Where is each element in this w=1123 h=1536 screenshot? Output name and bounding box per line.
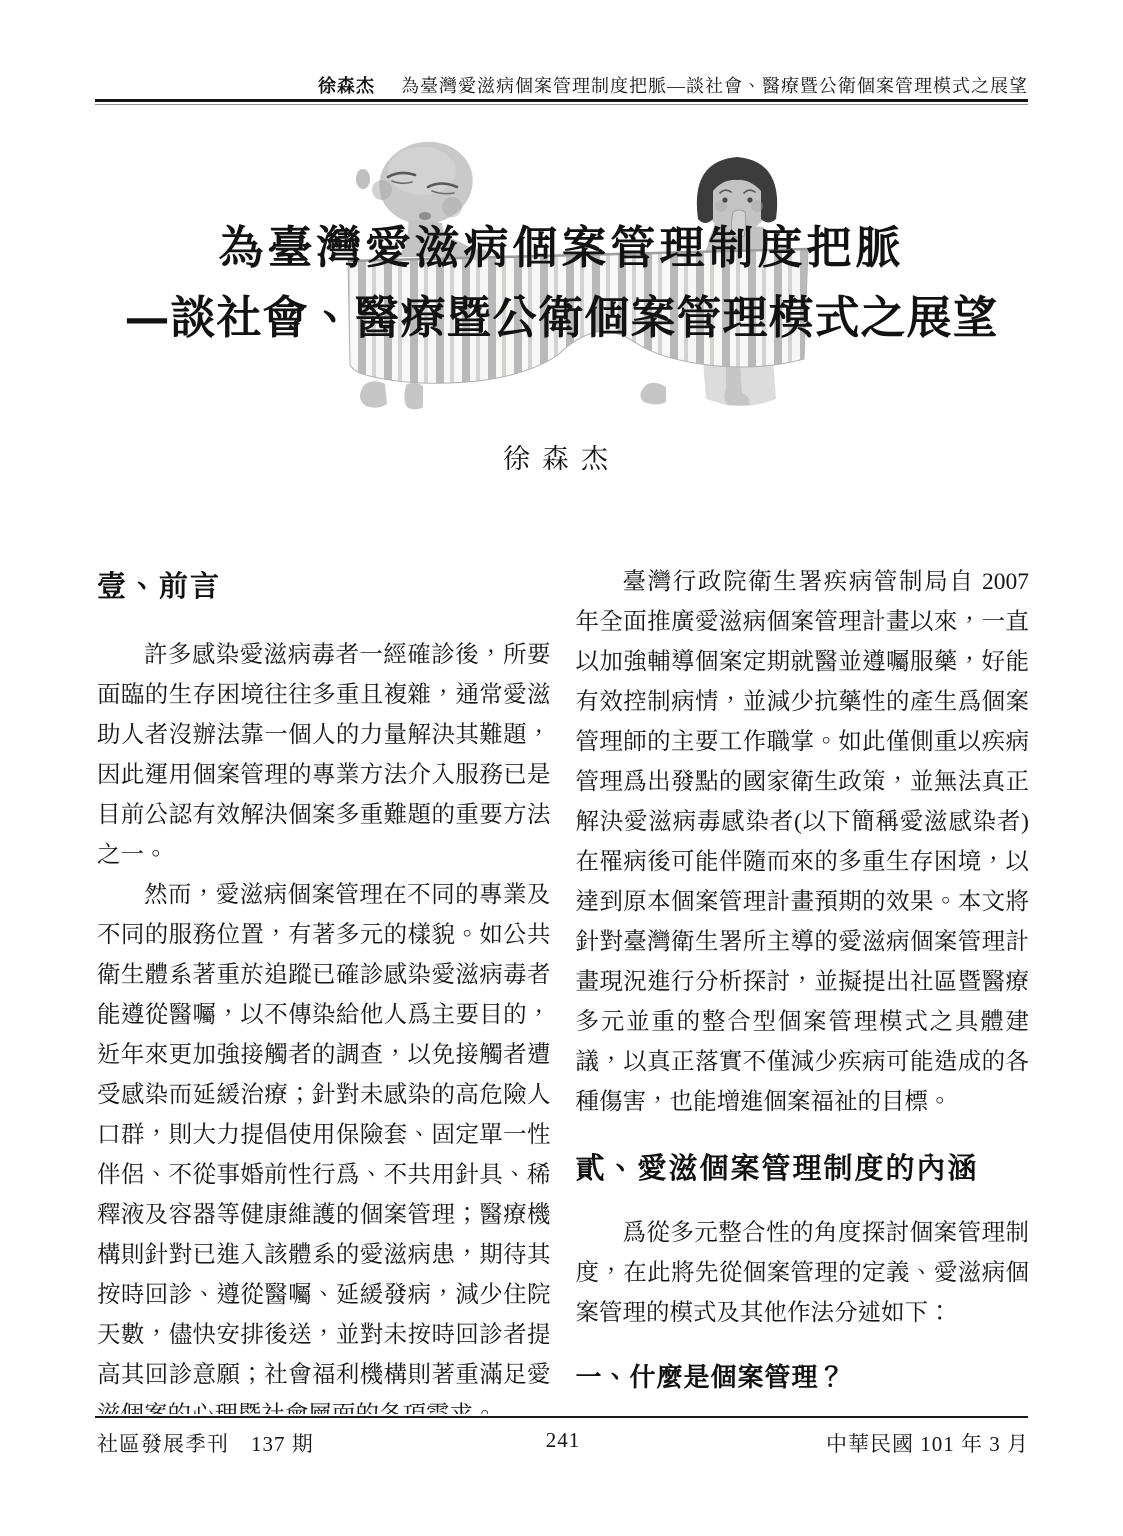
footer-journal: 社區發展季刊 137 期 <box>97 1428 408 1458</box>
header-rule-thin <box>95 104 1028 105</box>
running-header: 徐森杰為臺灣愛滋病個案管理制度把脈—談社會、醫療暨公衛個案管理模式之展望 <box>97 72 1028 98</box>
running-header-title: 為臺灣愛滋病個案管理制度把脈—談社會、醫療暨公衛個案管理模式之展望 <box>401 76 1028 96</box>
left-paragraph-1: 許多感染愛滋病毒者一經確診後，所要面臨的生存困境往往多重且複雜，通常愛滋助人者沒… <box>97 635 551 875</box>
right-paragraph-1: 臺灣行政院衛生署疾病管制局自 2007 年全面推廣愛滋病個案管理計畫以來，一直以… <box>576 562 1030 1122</box>
section-heading-2: 貳、愛滋個案管理制度的內涵 <box>576 1146 1030 1187</box>
header-rule <box>95 99 1028 105</box>
header-rule-thick <box>95 99 1028 102</box>
section-heading-1: 壹、前言 <box>97 564 551 605</box>
subsection-heading-1: 一、什麼是個案管理？ <box>576 1357 1030 1394</box>
footer-date: 中華民國 101 年 3 月 <box>718 1428 1029 1458</box>
page-footer: 社區發展季刊 137 期 241 中華民國 101 年 3 月 <box>97 1428 1029 1458</box>
footer-page-number: 241 <box>408 1428 719 1458</box>
running-header-author: 徐森杰 <box>318 76 375 96</box>
footer-rule <box>95 1416 1028 1418</box>
left-column: 壹、前言 許多感染愛滋病毒者一經確診後，所要面臨的生存困境往往多重且複雜，通常愛… <box>97 562 551 1414</box>
body-columns: 壹、前言 許多感染愛滋病毒者一經確診後，所要面臨的生存困境往往多重且複雜，通常愛… <box>97 562 1029 1414</box>
masthead: 為臺灣愛滋病個案管理制度把脈 —談社會、醫療暨公衛個案管理模式之展望 <box>0 133 1123 433</box>
article-title-line1: 為臺灣愛滋病個案管理制度把脈 <box>0 211 1123 276</box>
left-paragraph-2: 然而，愛滋病個案管理在不同的專業及不同的服務位置，有著多元的樣貌。如公共衛生體系… <box>97 875 551 1414</box>
document-page: 徐森杰為臺灣愛滋病個案管理制度把脈—談社會、醫療暨公衛個案管理模式之展望 <box>0 0 1123 1536</box>
article-title-line2: —談社會、醫療暨公衛個案管理模式之展望 <box>0 281 1123 346</box>
right-column: 臺灣行政院衛生署疾病管制局自 2007 年全面推廣愛滋病個案管理計畫以來，一直以… <box>576 562 1030 1414</box>
article-author: 徐森杰 <box>0 437 1123 476</box>
right-paragraph-2: 爲從多元整合性的角度探討個案管理制度，在此將先從個案管理的定義、愛滋病個案管理的… <box>576 1213 1030 1333</box>
